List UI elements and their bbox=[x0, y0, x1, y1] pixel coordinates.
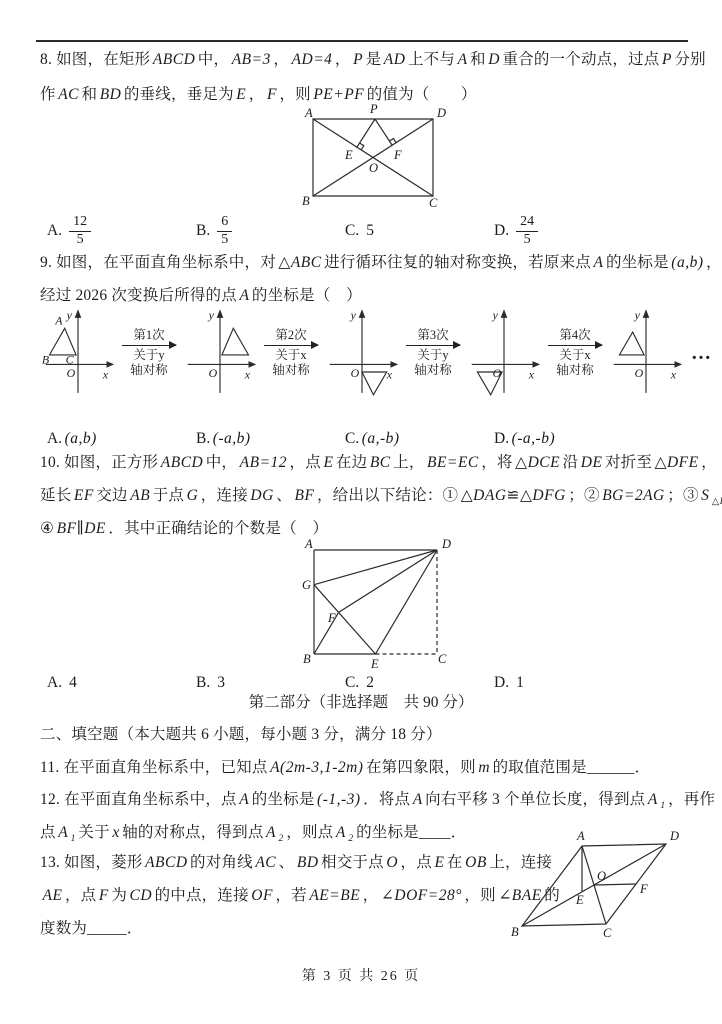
text-segment: 为 bbox=[111, 887, 127, 904]
text-segment: P bbox=[662, 51, 672, 68]
q8-label-F: F bbox=[393, 148, 402, 162]
transform-axis: 关于x bbox=[275, 348, 306, 363]
text-segment: 的坐标是 bbox=[606, 254, 669, 271]
q9-transform-arrow-4: 第4次 关于x 轴对称 bbox=[545, 328, 605, 379]
text-segment: A bbox=[648, 791, 658, 808]
text-segment: 11. 在平面直角坐标系中，已知点 bbox=[40, 759, 268, 776]
text-segment: ④ bbox=[40, 520, 54, 537]
text-segment: x bbox=[112, 824, 119, 841]
text-segment: 8. 如图，在矩形 bbox=[40, 51, 150, 68]
option-value: (a,b) bbox=[65, 430, 97, 448]
origin-label: O bbox=[493, 366, 502, 380]
text-segment: 的坐标是 bbox=[252, 791, 315, 808]
text-segment: m bbox=[478, 759, 490, 776]
option-label: A. bbox=[47, 430, 62, 448]
question-9-line-2: 经过 2026 次变换后所得的点A的坐标是（ ） bbox=[40, 283, 695, 305]
text-segment: 2 bbox=[279, 834, 284, 844]
section-2-title: 第二部分（非选择题 共 90 分） bbox=[0, 690, 722, 712]
text-segment: F bbox=[99, 887, 109, 904]
option-label: A. bbox=[47, 222, 62, 240]
text-segment: 相交于点 bbox=[321, 854, 384, 871]
text-segment: E bbox=[434, 854, 444, 871]
q8-option-b: B.65 bbox=[196, 212, 232, 250]
option-label: C. bbox=[345, 430, 359, 448]
text-segment: 的坐标是 bbox=[356, 824, 419, 841]
q9-transform-arrow-1: 第1次 关于y 轴对称 bbox=[119, 328, 179, 379]
text-segment: △DFE bbox=[655, 454, 699, 471]
fraction: 125 bbox=[69, 214, 91, 247]
text-segment: P bbox=[353, 51, 363, 68]
q9-label-B: B bbox=[42, 352, 49, 366]
text-segment: ， bbox=[335, 51, 351, 68]
text-segment: A bbox=[58, 824, 68, 841]
text-segment: 、 bbox=[276, 487, 292, 504]
transform-step: 第2次 bbox=[275, 328, 306, 343]
text-segment: BD bbox=[297, 854, 319, 871]
text-segment: AB=12 bbox=[240, 454, 287, 471]
exam-page: 8. 如图，在矩形ABCD中，AB=3，AD=4，P是AD上不与A和D重合的一个… bbox=[0, 0, 722, 1024]
right-arrow-icon bbox=[264, 345, 318, 347]
text-segment: ， bbox=[706, 254, 722, 271]
text-segment: AC bbox=[255, 854, 276, 871]
text-segment: E bbox=[236, 86, 246, 103]
text-segment: ，连接 bbox=[201, 487, 248, 504]
q13-label-O: O bbox=[597, 869, 606, 883]
x-axis-label: x bbox=[386, 368, 393, 382]
origin-label: O bbox=[351, 366, 360, 380]
text-segment: 延长 bbox=[40, 487, 71, 504]
text-segment: 作 bbox=[40, 86, 56, 103]
numerator: 24 bbox=[516, 214, 538, 231]
question-9-line-1: 9. 如图，在平面直角坐标系中，对△ABC进行循环往复的轴对称变换，若原来点A的… bbox=[40, 250, 695, 272]
q10-label-A: A bbox=[304, 537, 313, 551]
q8-label-P: P bbox=[369, 102, 378, 116]
option-value: (a,-b) bbox=[362, 430, 400, 448]
text-segment: 12. 在平面直角坐标系中，点 bbox=[40, 791, 237, 808]
text-segment: G bbox=[187, 487, 199, 504]
origin-label: O bbox=[67, 366, 76, 380]
text-segment: ，点 bbox=[290, 454, 321, 471]
q10-label-G: G bbox=[302, 578, 311, 592]
text-segment: 度数为 bbox=[40, 920, 87, 937]
text-segment: 和 bbox=[470, 51, 486, 68]
text-segment: 在第四象限，则 bbox=[366, 759, 476, 776]
q8-label-C: C bbox=[429, 196, 438, 209]
q13-label-D: D bbox=[669, 829, 679, 843]
fill-in-section-header: 二、填空题（本大题共 6 小题，每小题 3 分，满分 18 分） bbox=[40, 722, 695, 744]
q9-transform-arrow-2: 第2次 关于x 轴对称 bbox=[261, 328, 321, 379]
text-segment: S bbox=[701, 487, 709, 504]
text-segment: BF bbox=[295, 487, 315, 504]
option-label: D. bbox=[494, 430, 509, 448]
text-segment: OB bbox=[465, 854, 487, 871]
page-number-footer: 第 3 页 共 26 页 bbox=[0, 965, 722, 985]
text-segment: BG=2AG bbox=[602, 487, 665, 504]
q10-square-figure: A D G F B E C bbox=[287, 534, 452, 674]
text-segment: ，若 bbox=[275, 887, 306, 904]
numerator: 12 bbox=[69, 214, 91, 231]
y-axis-label: y bbox=[350, 308, 357, 322]
transform-axis: 关于x bbox=[559, 348, 590, 363]
text-segment: 分别 bbox=[674, 51, 705, 68]
text-segment: 10. 如图，正方形 bbox=[40, 454, 158, 471]
text-segment: 轴的对称点，得到点 bbox=[122, 824, 263, 841]
text-segment: F bbox=[267, 86, 277, 103]
origin-label: O bbox=[209, 366, 218, 380]
text-segment: ，则点 bbox=[286, 824, 333, 841]
square-outline bbox=[314, 550, 437, 654]
q13-rhombus-figure: A D O F E B C bbox=[508, 820, 698, 942]
rectangle-outline bbox=[313, 119, 433, 196]
transform-sym: 轴对称 bbox=[414, 363, 452, 378]
right-arrow-icon bbox=[548, 345, 602, 347]
text-segment: ．将点 bbox=[363, 791, 410, 808]
q9-transform-figure: A B C O x y 第1次 关于y 轴对称 O x y 第2次 关于x 轴对… bbox=[40, 303, 711, 403]
text-segment: E bbox=[323, 454, 333, 471]
text-segment: BC bbox=[370, 454, 391, 471]
text-segment: ______． bbox=[587, 759, 650, 776]
transform-step: 第4次 bbox=[559, 328, 590, 343]
text-segment: 中， bbox=[206, 454, 237, 471]
q8-option-d: D.245 bbox=[494, 212, 538, 250]
y-axis-label: y bbox=[66, 308, 73, 322]
text-segment: A(2m-3,1-2m) bbox=[270, 759, 363, 776]
text-segment: 的坐标是（ ） bbox=[252, 287, 362, 304]
text-segment: ；③ bbox=[667, 487, 698, 504]
text-segment: BD bbox=[100, 86, 122, 103]
right-arrow-icon bbox=[406, 345, 460, 347]
q9-coordinate-system-2: O x y bbox=[182, 303, 258, 403]
text-segment: (-1,-3) bbox=[317, 791, 361, 808]
q10-label-D: D bbox=[441, 537, 451, 551]
header-rule bbox=[36, 40, 688, 42]
text-segment: 的垂线，垂足为 bbox=[124, 86, 234, 103]
right-arrow-icon bbox=[122, 345, 176, 347]
text-segment: 在 bbox=[447, 854, 463, 871]
text-segment: △DAG≌△DFG bbox=[461, 487, 566, 504]
text-segment: A bbox=[458, 51, 468, 68]
text-segment: ABCD bbox=[161, 454, 203, 471]
text-segment: 经过 2026 次变换后所得的点 bbox=[40, 287, 237, 304]
text-segment: ∠DOF=28° bbox=[381, 887, 462, 904]
q10-label-F: F bbox=[327, 611, 336, 625]
text-segment: A bbox=[594, 254, 604, 271]
q13-label-C: C bbox=[603, 926, 612, 940]
q13-label-E: E bbox=[575, 893, 584, 907]
text-segment: ，再作 bbox=[668, 791, 715, 808]
q8-rectangle-figure: A P D E F O B C bbox=[283, 101, 448, 209]
text-segment: EF bbox=[74, 487, 94, 504]
text-segment: ， bbox=[363, 887, 379, 904]
x-axis-label: x bbox=[102, 368, 109, 382]
transform-sym: 轴对称 bbox=[272, 363, 310, 378]
text-segment: ， bbox=[701, 454, 717, 471]
text-segment: CD bbox=[130, 887, 153, 904]
text-segment: ， bbox=[273, 51, 289, 68]
ellipsis: … bbox=[691, 342, 711, 365]
text-segment: 于点 bbox=[153, 487, 184, 504]
q9-coordinate-system-1: A B C O x y bbox=[40, 303, 116, 403]
text-segment: 的对角线 bbox=[190, 854, 253, 871]
text-segment: 的取值范围是 bbox=[493, 759, 587, 776]
option-value: (-a,b) bbox=[213, 430, 251, 448]
x-axis-label: x bbox=[528, 368, 535, 382]
text-segment: OF bbox=[251, 887, 273, 904]
text-segment: (a,b) bbox=[671, 254, 703, 271]
q8-label-B: B bbox=[302, 194, 310, 208]
question-11-line-1: 11. 在平面直角坐标系中，已知点A(2m-3,1-2m)在第四象限，则m的取值… bbox=[40, 755, 695, 777]
text-segment: AD bbox=[384, 51, 406, 68]
q8-label-O: O bbox=[369, 161, 378, 175]
text-segment: D bbox=[488, 51, 500, 68]
question-13-line-1: 13. 如图，菱形ABCD的对角线AC、BD相交于点O，点E在OB上，连接 bbox=[40, 850, 510, 872]
origin-label: O bbox=[635, 366, 644, 380]
q8-options: A.125 B.65 C.5 D.245 bbox=[47, 212, 695, 250]
q13-label-B: B bbox=[511, 925, 519, 939]
transform-sym: 轴对称 bbox=[130, 363, 168, 378]
text-segment: △ABC bbox=[278, 254, 321, 271]
transform-sym: 轴对称 bbox=[556, 363, 594, 378]
text-segment: 是 bbox=[366, 51, 382, 68]
text-segment: _____． bbox=[87, 920, 142, 937]
text-segment: AE bbox=[43, 887, 63, 904]
text-segment: A bbox=[413, 791, 423, 808]
text-segment: 重合的一个动点，过点 bbox=[502, 51, 659, 68]
denominator: 5 bbox=[69, 232, 91, 248]
text-segment: 在边 bbox=[336, 454, 367, 471]
x-axis-label: x bbox=[670, 368, 677, 382]
option-value: 5 bbox=[366, 222, 374, 240]
option-label: B. bbox=[196, 430, 210, 448]
y-axis-label: y bbox=[492, 308, 499, 322]
text-segment: 13. 如图，菱形 bbox=[40, 854, 143, 871]
question-13-line-2: AE，点F为CD的中点，连接OF，若AE=BE，∠DOF=28°，则∠BAE的 bbox=[40, 883, 510, 905]
text-segment: 交边 bbox=[96, 487, 127, 504]
q9-label-C: C bbox=[66, 352, 75, 366]
text-segment: 向右平移 3 个单位长度，得到点 bbox=[425, 791, 645, 808]
text-segment: ，给出以下结论：① bbox=[317, 487, 458, 504]
option-label: D. bbox=[494, 222, 509, 240]
denominator: 5 bbox=[516, 232, 538, 248]
denominator: 5 bbox=[217, 232, 232, 248]
text-segment: A bbox=[336, 824, 346, 841]
q9-transform-arrow-3: 第3次 关于y 轴对称 bbox=[403, 328, 463, 379]
text-segment: BF∥DE bbox=[57, 520, 106, 537]
fraction: 65 bbox=[217, 214, 232, 247]
text-segment: AB=3 bbox=[232, 51, 271, 68]
q13-label-A: A bbox=[576, 829, 585, 843]
q8-label-A: A bbox=[304, 106, 313, 120]
text-segment: ，点 bbox=[65, 887, 96, 904]
q9-coordinate-system-4: O x y bbox=[466, 303, 542, 403]
q8-label-E: E bbox=[344, 148, 353, 162]
question-10-line-1: 10. 如图，正方形ABCD中，AB=12，点E在边BC上，BE=EC，将△DC… bbox=[40, 450, 695, 472]
text-segment: 2 bbox=[348, 834, 353, 844]
text-segment: 进行循环往复的轴对称变换，若原来点 bbox=[324, 254, 591, 271]
q9-label-A: A bbox=[54, 314, 63, 328]
transform-axis: 关于y bbox=[133, 348, 164, 363]
q8-option-c: C.5 bbox=[345, 212, 374, 250]
text-segment: A bbox=[239, 791, 249, 808]
text-segment: 上不与 bbox=[408, 51, 455, 68]
text-segment: O bbox=[386, 854, 398, 871]
text-segment: DE bbox=[581, 454, 603, 471]
text-segment: AD=4 bbox=[292, 51, 333, 68]
text-segment: ____． bbox=[419, 824, 467, 841]
text-segment: 对折至 bbox=[605, 454, 652, 471]
text-segment: 9. 如图，在平面直角坐标系中，对 bbox=[40, 254, 276, 271]
y-axis-label: y bbox=[634, 308, 641, 322]
question-8-line-1: 8. 如图，在矩形ABCD中，AB=3，AD=4，P是AD上不与A和D重合的一个… bbox=[40, 47, 695, 69]
text-segment: ABCD bbox=[153, 51, 195, 68]
q9-coordinate-system-3: O x y bbox=[324, 303, 400, 403]
text-segment: A bbox=[266, 824, 276, 841]
x-axis-label: x bbox=[244, 368, 251, 382]
y-axis-label: y bbox=[208, 308, 215, 322]
text-segment: 沿 bbox=[563, 454, 579, 471]
text-segment: ，则 bbox=[464, 887, 495, 904]
numerator: 6 bbox=[217, 214, 232, 231]
text-segment: 和 bbox=[82, 86, 98, 103]
transform-step: 第1次 bbox=[133, 328, 164, 343]
transform-axis: 关于y bbox=[417, 348, 448, 363]
text-segment: 上， bbox=[393, 454, 424, 471]
text-segment: A bbox=[239, 287, 249, 304]
text-segment: 1 bbox=[660, 801, 665, 811]
transform-step: 第3次 bbox=[417, 328, 448, 343]
question-10-line-2: 延长EF交边AB于点G，连接DG、BF，给出以下结论：①△DAG≌△DFG；②B… bbox=[40, 483, 695, 507]
text-segment: 关于 bbox=[78, 824, 109, 841]
text-segment: 中， bbox=[198, 51, 229, 68]
text-segment: ABCD bbox=[145, 854, 187, 871]
text-segment: 1 bbox=[71, 834, 76, 844]
question-13-line-3: 度数为_____． bbox=[40, 916, 510, 938]
question-12-line-1: 12. 在平面直角坐标系中，点A的坐标是(-1,-3)．将点A向右平移 3 个单… bbox=[40, 787, 695, 811]
option-label: C. bbox=[345, 222, 359, 240]
text-segment: △DGF bbox=[712, 497, 722, 507]
text-segment: 点 bbox=[40, 824, 56, 841]
q8-label-D: D bbox=[436, 106, 446, 120]
q13-label-F: F bbox=[639, 882, 648, 896]
text-segment: BE=EC bbox=[427, 454, 479, 471]
q9-coordinate-system-5: O x y bbox=[608, 303, 684, 403]
text-segment: AE=BE bbox=[309, 887, 360, 904]
option-value: (-a,-b) bbox=[512, 430, 556, 448]
text-segment: 、 bbox=[279, 854, 295, 871]
text-segment: ，将 bbox=[481, 454, 512, 471]
text-segment: ，点 bbox=[401, 854, 432, 871]
text-segment: ；② bbox=[568, 487, 599, 504]
fraction: 245 bbox=[516, 214, 538, 247]
text-segment: DG bbox=[250, 487, 273, 504]
text-segment: △DCE bbox=[515, 454, 560, 471]
option-label: B. bbox=[196, 222, 210, 240]
text-segment: 的中点，连接 bbox=[155, 887, 249, 904]
text-segment: AC bbox=[58, 86, 79, 103]
text-segment: AB bbox=[130, 487, 150, 504]
text-segment: ， bbox=[249, 86, 265, 103]
q8-option-a: A.125 bbox=[47, 212, 91, 250]
